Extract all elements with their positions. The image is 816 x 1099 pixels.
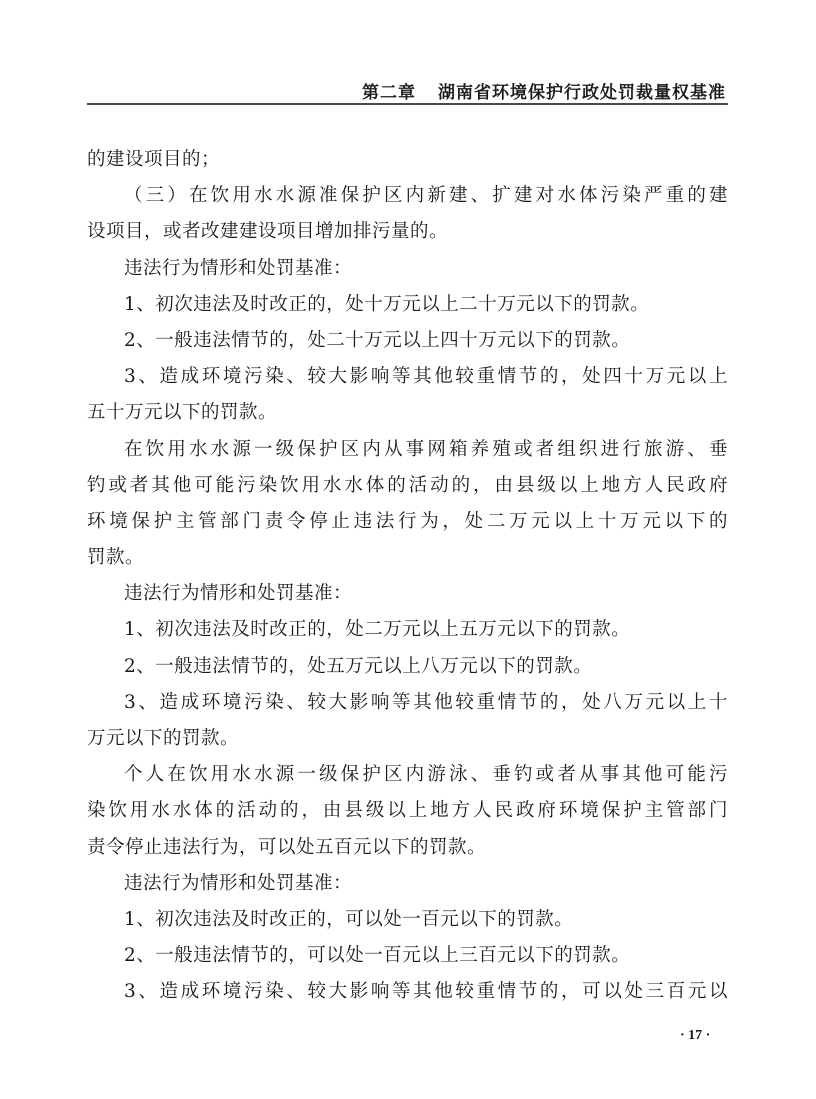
header-divider	[87, 103, 728, 105]
chapter-label: 第二章	[362, 83, 416, 103]
text-line: 罚款。	[87, 540, 728, 576]
text-line: 设项目，或者改建建设项目增加排污量的。	[87, 214, 728, 250]
page-number: · 17 ·	[680, 1028, 710, 1044]
text-line: 违法行为情形和处罚基准：	[87, 866, 728, 902]
text-line: 2、一般违法情节的，处二十万元以上四十万元以下的罚款。	[87, 323, 728, 359]
text-line: 染饮用水水体的活动的，由县级以上地方人民政府环境保护主管部门	[87, 793, 728, 829]
text-line: 2、一般违法情节的，可以处一百元以上三百元以下的罚款。	[87, 938, 728, 974]
text-line: 1、初次违法及时改正的，处十万元以上二十万元以下的罚款。	[87, 287, 728, 323]
running-header: 第二章湖南省环境保护行政处罚裁量权基准	[87, 74, 728, 102]
text-line: 违法行为情形和处罚基准：	[87, 251, 728, 287]
chapter-title: 湖南省环境保护行政处罚裁量权基准	[438, 83, 726, 103]
body-text: 的建设项目的；（三）在饮用水水源准保护区内新建、扩建对水体污染严重的建设项目，或…	[87, 142, 728, 1011]
text-line: 1、初次违法及时改正的，处二万元以上五万元以下的罚款。	[87, 612, 728, 648]
text-line: （三）在饮用水水源准保护区内新建、扩建对水体污染严重的建	[87, 178, 728, 214]
text-line: 钓或者其他可能污染饮用水水体的活动的，由县级以上地方人民政府	[87, 468, 728, 504]
text-line: 的建设项目的；	[87, 142, 728, 178]
text-line: 违法行为情形和处罚基准：	[87, 576, 728, 612]
text-line: 个人在饮用水水源一级保护区内游泳、垂钓或者从事其他可能污	[87, 757, 728, 793]
text-line: 责令停止违法行为，可以处五百元以下的罚款。	[87, 830, 728, 866]
text-line: 万元以下的罚款。	[87, 721, 728, 757]
text-line: 环境保护主管部门责令停止违法行为，处二万元以上十万元以下的	[87, 504, 728, 540]
header-text: 第二章湖南省环境保护行政处罚裁量权基准	[362, 78, 726, 103]
text-line: 五十万元以下的罚款。	[87, 395, 728, 431]
text-line: 2、一般违法情节的，处五万元以上八万元以下的罚款。	[87, 649, 728, 685]
text-line: 在饮用水水源一级保护区内从事网箱养殖或者组织进行旅游、垂	[87, 432, 728, 468]
text-line: 3、造成环境污染、较大影响等其他较重情节的，可以处三百元以	[87, 974, 728, 1010]
text-line: 3、造成环境污染、较大影响等其他较重情节的，处四十万元以上	[87, 359, 728, 395]
text-line: 1、初次违法及时改正的，可以处一百元以下的罚款。	[87, 902, 728, 938]
text-line: 3、造成环境污染、较大影响等其他较重情节的，处八万元以上十	[87, 685, 728, 721]
